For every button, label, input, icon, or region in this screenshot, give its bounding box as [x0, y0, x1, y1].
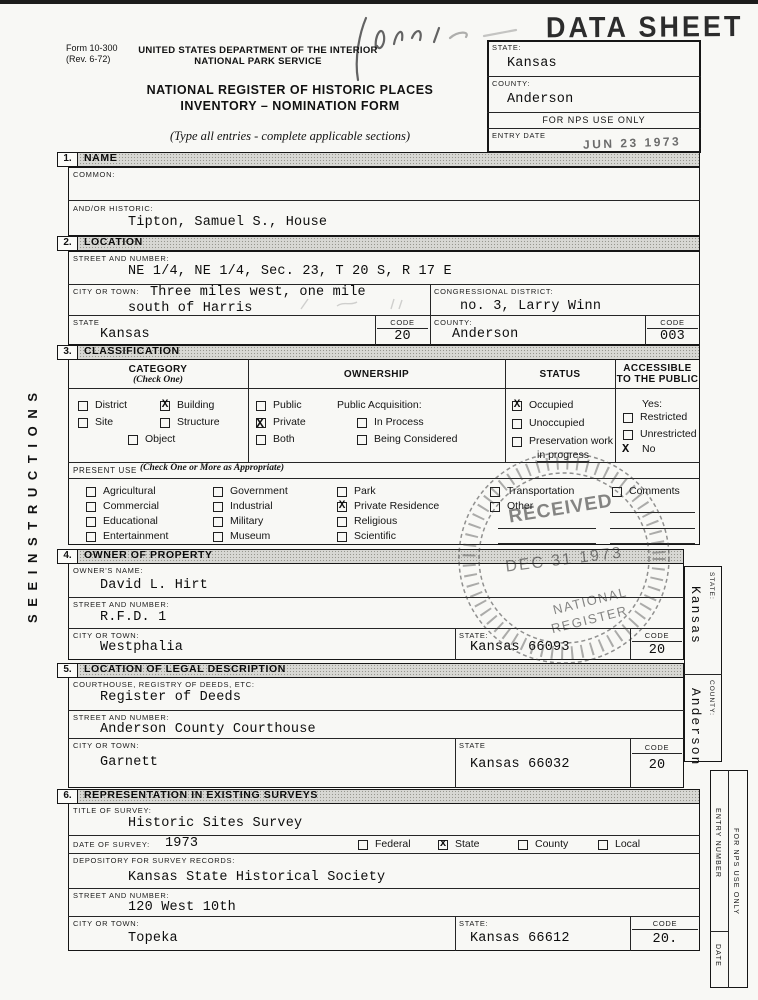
checkbox-being-considered — [357, 435, 367, 445]
entry-date-label: ENTRY DATE — [492, 131, 546, 140]
city-value: Westphalia — [100, 640, 183, 655]
divider — [455, 738, 456, 788]
checkbox-in-process — [357, 418, 367, 428]
checkbox-museum — [213, 532, 223, 542]
checkbox-structure — [160, 418, 170, 428]
occupied-label: Occupied — [529, 399, 573, 411]
county-label: COUNTY: — [492, 79, 530, 88]
code-value: 20 — [630, 758, 684, 773]
checkbox-occupied: X — [512, 401, 522, 411]
section-1-number: 1. — [58, 153, 78, 166]
unoccupied-label: Unoccupied — [529, 417, 584, 429]
park-label: Park — [354, 485, 376, 497]
checkbox-site — [78, 418, 88, 428]
owner-name-label: OWNER'S NAME: — [73, 566, 143, 575]
restricted-label: Restricted — [640, 411, 687, 423]
street-value: R.F.D. 1 — [100, 610, 166, 625]
public-acquisition-label: Public Acquisition: — [337, 399, 422, 411]
owner-name-value: David L. Hirt — [100, 578, 208, 593]
courthouse-value: Register of Deeds — [100, 690, 241, 705]
accessible-header-line2: TO THE PUBLIC — [615, 374, 700, 385]
see-instructions-label: S E E I N S T R U C T I O N S — [25, 327, 49, 687]
code-value: 20. — [630, 932, 700, 947]
pencil-marks — [295, 295, 425, 317]
entry-number-label: ENTRY NUMBER — [714, 808, 721, 878]
section-5-title: LOCATION OF LEGAL DESCRIPTION — [78, 664, 286, 677]
yes-label: Yes: — [642, 398, 662, 410]
commercial-label: Commercial — [103, 500, 159, 512]
city-value: Topeka — [128, 931, 178, 946]
divider — [632, 929, 698, 930]
city-value: Garnett — [100, 755, 158, 770]
present-use-note: (Check One or More as Appropriate) — [140, 463, 284, 473]
divider — [68, 738, 684, 739]
checkbox-unoccupied — [512, 419, 522, 429]
code-label: CODE — [630, 743, 684, 752]
common-label: COMMON: — [73, 170, 115, 179]
sidebar-state-label: STATE: — [708, 572, 715, 600]
checkbox-commercial — [86, 502, 96, 512]
historic-value: Tipton, Samuel S., House — [128, 215, 327, 230]
site-label: Site — [95, 416, 113, 428]
street-value: 120 West 10th — [128, 900, 236, 915]
checkbox-state-survey: x — [438, 840, 448, 850]
divider — [632, 753, 682, 754]
survey-title-value: Historic Sites Survey — [128, 816, 302, 831]
divider — [487, 76, 701, 77]
military-label: Military — [230, 515, 263, 527]
section-2-bar: 2. LOCATION — [57, 236, 700, 251]
local-survey-label: Local — [615, 838, 640, 850]
district-label: District — [95, 399, 127, 411]
checkbox-private: X — [256, 418, 266, 428]
dept-line2: NATIONAL PARK SERVICE — [98, 56, 418, 67]
divider — [430, 284, 431, 315]
section-1-bar: 1. NAME — [57, 152, 700, 167]
county-label: COUNTY: — [434, 318, 472, 327]
section-3-bar: 3. CLASSIFICATION — [57, 345, 700, 360]
state-label: STATE: — [459, 919, 488, 928]
section-4-number: 4. — [58, 550, 78, 563]
congressional-district-label: CONGRESSIONAL DISTRICT: — [434, 287, 553, 296]
divider — [684, 674, 722, 675]
unrestricted-label: Unrestricted — [640, 428, 697, 440]
state-label: STATE: — [492, 43, 521, 52]
state-value: Kansas — [507, 56, 557, 71]
received-date-text: DEC 31 1973 — [504, 544, 623, 575]
ownership-header: OWNERSHIP — [248, 369, 505, 380]
nps-use-only-vertical-label: FOR NPS USE ONLY — [732, 828, 739, 915]
state-label: STATE — [459, 741, 486, 750]
city-label: CITY OR TOWN: — [73, 287, 139, 296]
divider — [68, 388, 700, 389]
survey-title-label: TITLE OF SURVEY: — [73, 806, 152, 815]
dept-line1: UNITED STATES DEPARTMENT OF THE INTERIOR — [98, 45, 418, 56]
street-value: Anderson County Courthouse — [100, 722, 316, 737]
divider — [430, 315, 431, 345]
section-5-number: 5. — [58, 664, 78, 677]
checkbox-private-residence: X — [337, 502, 347, 512]
state-survey-label: State — [455, 838, 480, 850]
county-value: Anderson — [452, 327, 518, 342]
scan-edge — [0, 0, 758, 4]
object-label: Object — [145, 433, 175, 445]
checkbox-entertainment — [86, 532, 96, 542]
checkbox-military — [213, 517, 223, 527]
received-stamp-text: RECEIVED — [507, 490, 614, 527]
checkbox-scientific — [337, 532, 347, 542]
structure-label: Structure — [177, 416, 220, 428]
historic-label: AND/OR HISTORIC: — [73, 204, 153, 213]
checkbox-unrestricted — [623, 430, 633, 440]
divider — [728, 770, 729, 988]
form-title-line2: INVENTORY – NOMINATION FORM — [110, 99, 470, 113]
section-2-number: 2. — [58, 237, 78, 250]
divider — [710, 931, 728, 932]
street-label: STREET AND NUMBER: — [73, 713, 169, 722]
divider — [68, 853, 700, 854]
street-label: STREET AND NUMBER: — [73, 600, 169, 609]
street-label: STREET AND NUMBER: — [73, 254, 169, 263]
checkbox-both — [256, 435, 266, 445]
museum-label: Museum — [230, 530, 270, 542]
category-header: CATEGORY — [68, 364, 248, 375]
divider — [487, 112, 701, 113]
sidebar-state-value: Kansas — [688, 586, 703, 645]
courthouse-label: COURTHOUSE, REGISTRY OF DEEDS, ETC: — [73, 680, 255, 689]
present-use-label: PRESENT USE — [73, 466, 137, 475]
checkmark: X — [160, 399, 170, 411]
checkbox-park — [337, 487, 347, 497]
sidebar-county-label: COUNTY: — [708, 680, 715, 716]
code-label: CODE — [630, 919, 700, 928]
scientific-label: Scientific — [354, 530, 396, 542]
divider — [68, 315, 700, 316]
religious-label: Religious — [354, 515, 397, 527]
entertainment-label: Entertainment — [103, 530, 168, 542]
scanned-nomination-form: DATA SHEET Form 10-300 (Rev. 6-72) UNITE… — [0, 0, 758, 1000]
checkbox-county-survey — [518, 840, 528, 850]
being-considered-label: Being Considered — [374, 433, 457, 445]
county-value: Anderson — [507, 92, 573, 107]
checkbox-agricultural — [86, 487, 96, 497]
divider — [68, 200, 700, 201]
divider — [487, 128, 701, 129]
date-label: DATE — [714, 944, 721, 967]
state-value: Kansas 66612 — [470, 931, 570, 946]
section-3-number: 3. — [58, 346, 78, 359]
federal-label: Federal — [375, 838, 411, 850]
divider — [68, 835, 700, 836]
educational-label: Educational — [103, 515, 158, 527]
type-note: (Type all entries - complete applicable … — [110, 129, 470, 144]
code-label: CODE — [645, 318, 700, 327]
county-survey-label: County — [535, 838, 568, 850]
checkbox-district — [78, 401, 88, 411]
checkmark: X — [337, 500, 347, 512]
form-title-line1: NATIONAL REGISTER OF HISTORIC PLACES — [110, 83, 470, 97]
checkbox-religious — [337, 517, 347, 527]
depository-label: DEPOSITORY FOR SURVEY RECORDS: — [73, 856, 235, 865]
county-code-value: 003 — [645, 329, 700, 344]
checkbox-federal — [358, 840, 368, 850]
street-value: NE 1/4, NE 1/4, Sec. 23, T 20 S, R 17 E — [128, 264, 452, 279]
section-6-title: REPRESENTATION IN EXISTING SURVEYS — [78, 790, 318, 803]
state-value: Kansas 66032 — [470, 757, 570, 772]
checkmark: X — [255, 416, 265, 431]
sidebar-county-value: Anderson — [688, 688, 703, 766]
government-label: Government — [230, 485, 288, 497]
accessible-header-line1: ACCESSIBLE — [615, 363, 700, 374]
section-2-title: LOCATION — [78, 237, 143, 250]
state-value: Kansas — [100, 327, 150, 342]
section-6-number: 6. — [58, 790, 78, 803]
in-process-label: In Process — [374, 416, 424, 428]
city-label: CITY OR TOWN: — [73, 919, 139, 928]
checkbox-government — [213, 487, 223, 497]
state-label: STATE — [73, 318, 100, 327]
nps-use-only-label: FOR NPS USE ONLY — [487, 115, 701, 125]
checkmark: x — [438, 838, 448, 850]
section-4-title: OWNER OF PROPERTY — [78, 550, 213, 563]
industrial-label: Industrial — [230, 500, 273, 512]
depository-value: Kansas State Historical Society — [128, 870, 385, 885]
checkbox-object — [128, 435, 138, 445]
divider — [455, 916, 456, 951]
divider — [68, 710, 684, 711]
survey-date-label: DATE OF SURVEY: — [73, 840, 150, 849]
building-label: Building — [177, 399, 214, 411]
section-1-title: NAME — [78, 153, 117, 166]
section-3-title: CLASSIFICATION — [78, 346, 180, 359]
category-subheader: (Check One) — [68, 375, 248, 385]
private-label: Private — [273, 416, 306, 428]
code-label: CODE — [375, 318, 430, 327]
checkbox-educational — [86, 517, 96, 527]
agricultural-label: Agricultural — [103, 485, 156, 497]
section-6-bar: 6. REPRESENTATION IN EXISTING SURVEYS — [57, 789, 700, 804]
state-code-value: 20 — [375, 329, 430, 344]
status-header: STATUS — [505, 369, 615, 380]
city-label: CITY OR TOWN: — [73, 631, 139, 640]
checkbox-local-survey — [598, 840, 608, 850]
private-residence-label: Private Residence — [354, 500, 439, 512]
city-label: CITY OR TOWN: — [73, 741, 139, 750]
checkbox-industrial — [213, 502, 223, 512]
public-label: Public — [273, 399, 302, 411]
checkbox-restricted — [623, 413, 633, 423]
checkbox-public — [256, 401, 266, 411]
checkmark: X — [512, 399, 522, 411]
survey-date-value: 1973 — [165, 836, 198, 851]
street-label: STREET AND NUMBER: — [73, 891, 169, 900]
divider — [68, 888, 700, 889]
congressional-district-value: no. 3, Larry Winn — [460, 299, 601, 314]
city-value-line2: south of Harris — [128, 301, 253, 316]
checkbox-building: X — [160, 401, 170, 411]
national-register-received-stamp: RECEIVED DEC 31 1973 NATIONAL REGISTER — [452, 446, 677, 671]
both-label: Both — [273, 433, 295, 445]
divider — [68, 916, 700, 917]
